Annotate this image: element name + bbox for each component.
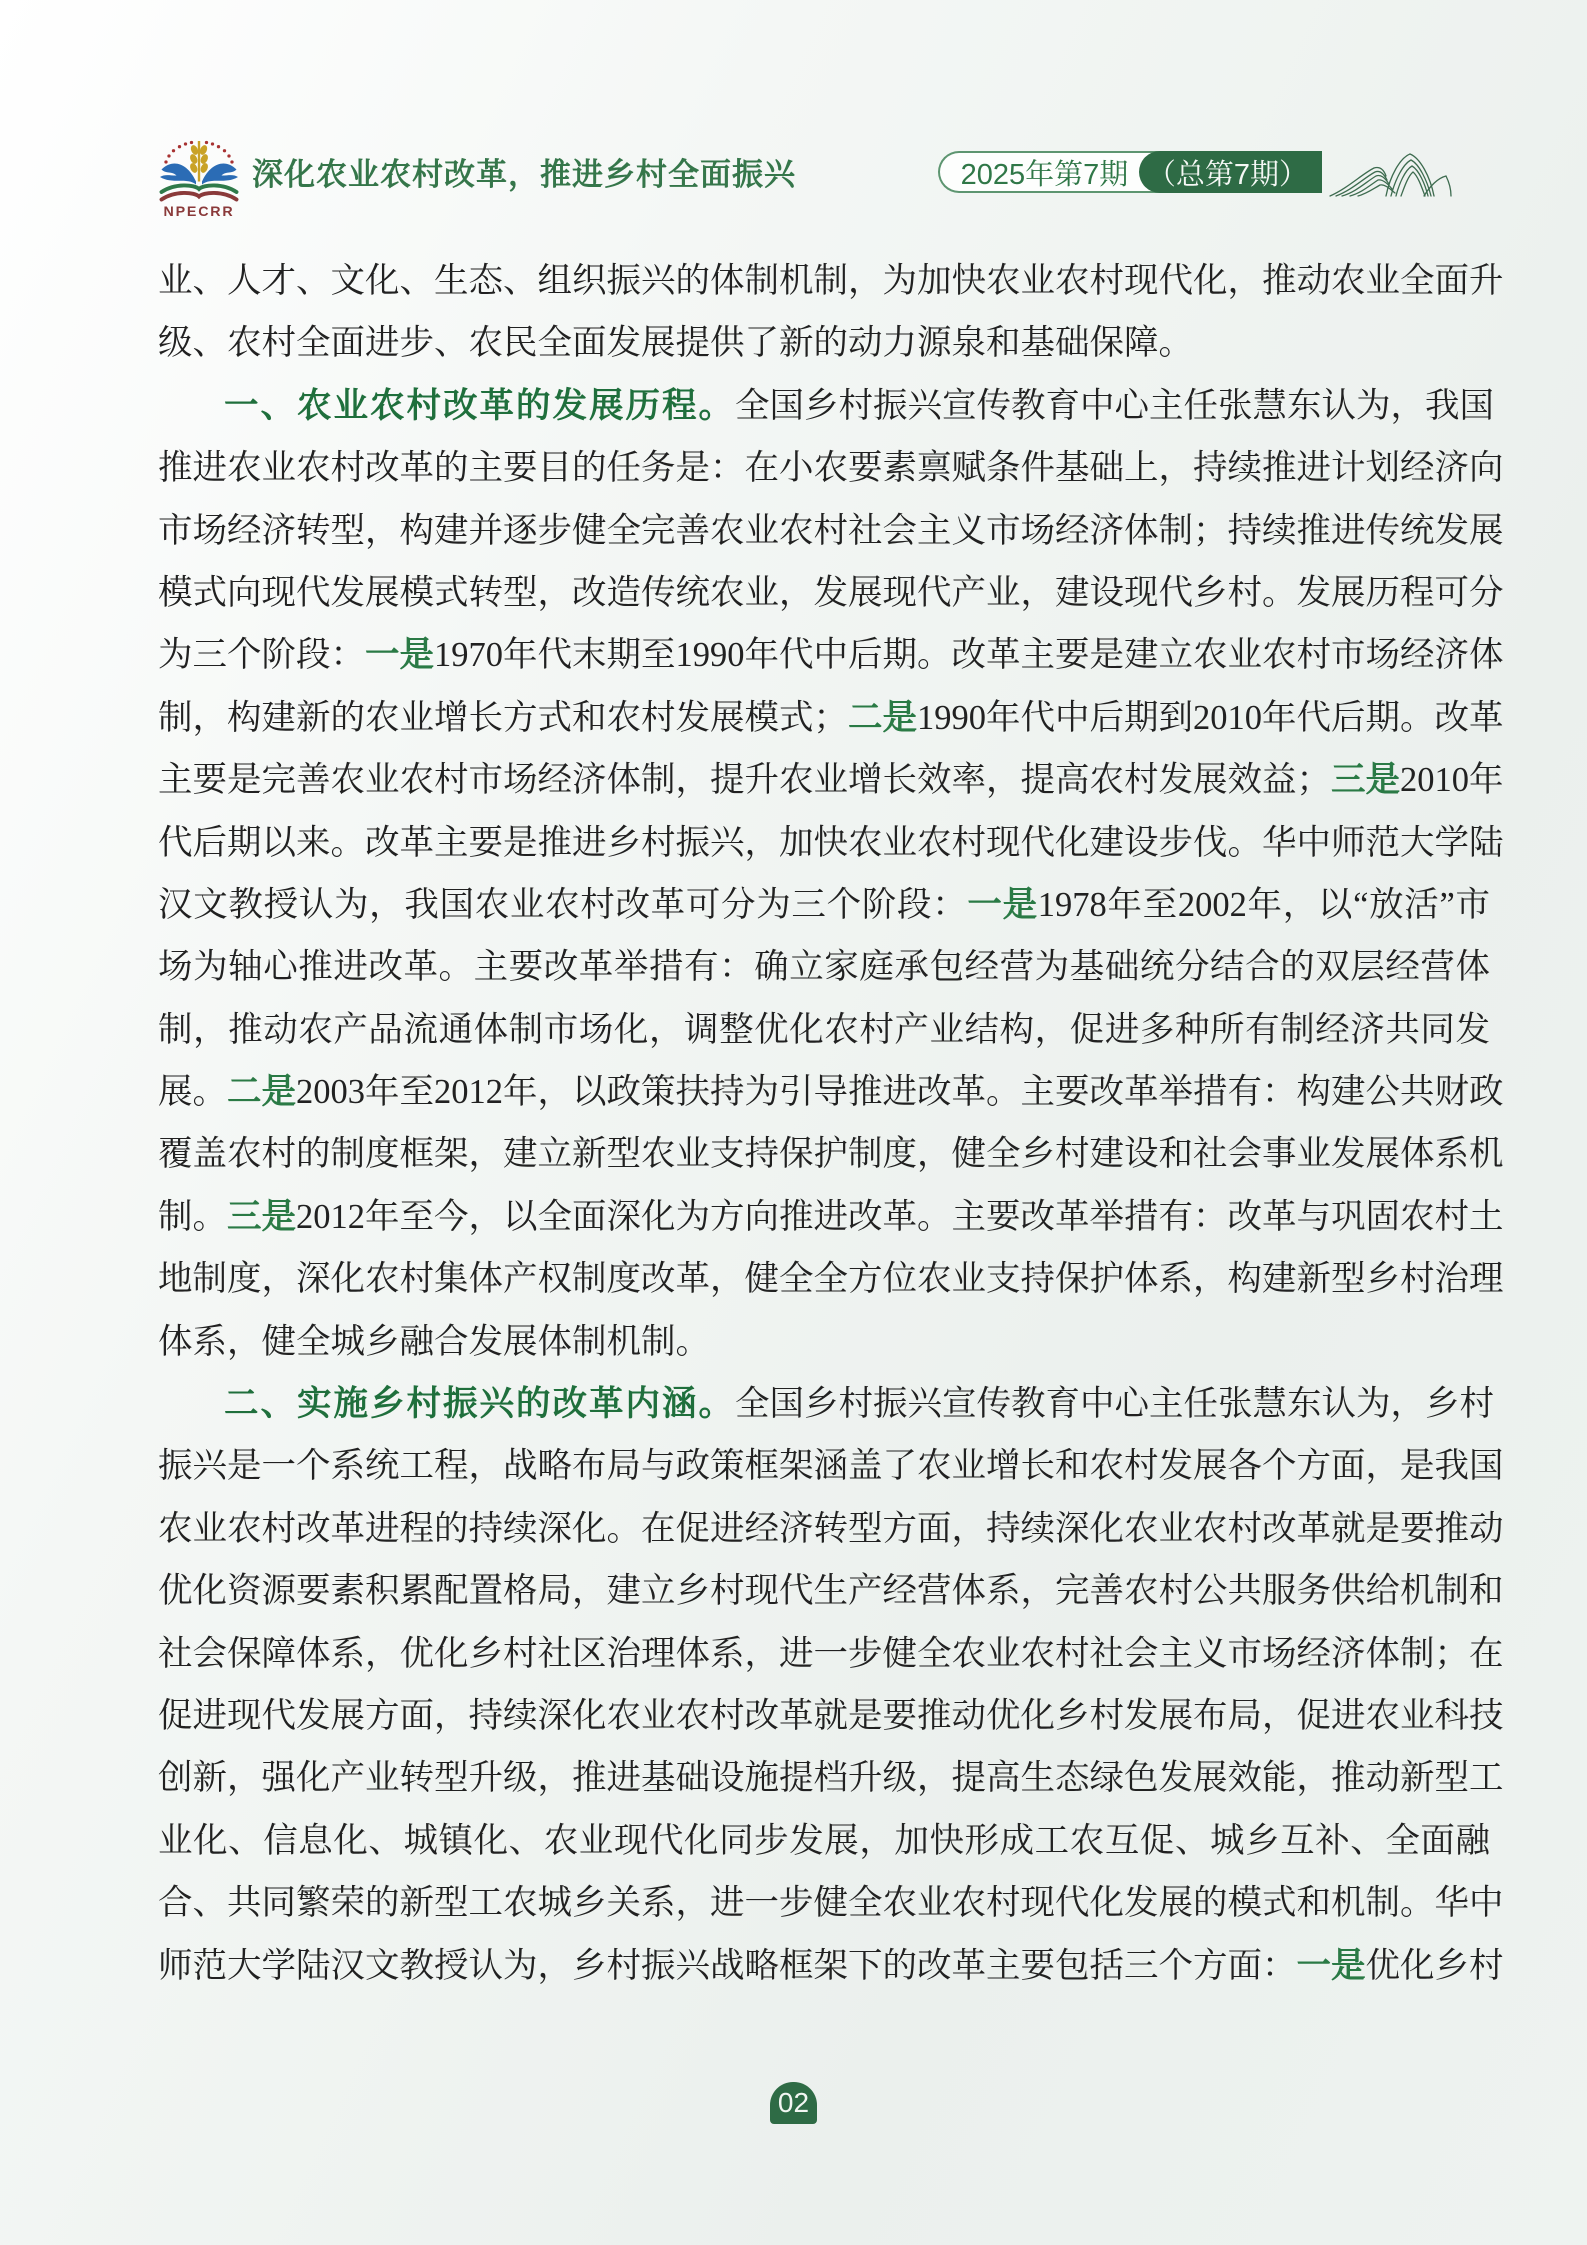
page-header: NPECRR 深化农业农村改革，推进乡村全面振兴 2025年第7期 （总第7期） bbox=[0, 0, 1587, 230]
green-emphasis: 二是 bbox=[227, 1073, 296, 1111]
text-line: 地制度，深化农村集体产权制度改革，健全全方位农业支持保护体系，构建新型乡村治理 bbox=[158, 1248, 1490, 1310]
text-line: 为三个阶段：一是1970年代末期至1990年代中后期。改革主要是建立农业农村市场… bbox=[158, 624, 1490, 686]
text-line: 业化、信息化、城镇化、农业现代化同步发展，加快形成工农互促、城乡互补、全面融 bbox=[158, 1810, 1490, 1872]
green-emphasis: 三是 bbox=[1331, 761, 1400, 799]
body-run: 级、农村全面进步、农民全面发展提供了新的动力源泉和基础保障。 bbox=[158, 324, 1193, 362]
text-line: 体系，健全城乡融合发展体制机制。 bbox=[158, 1311, 1490, 1373]
green-emphasis: 一是 bbox=[365, 636, 434, 674]
body-run: 地制度，深化农村集体产权制度改革，健全全方位农业支持保护体系，构建新型乡村治理 bbox=[158, 1260, 1504, 1298]
body-run: 覆盖农村的制度框架，建立新型农业支持保护制度，健全乡村建设和社会事业发展体系机 bbox=[158, 1135, 1504, 1173]
npecrr-logo-icon: NPECRR bbox=[153, 138, 245, 222]
text-line: 制，推动农产品流通体制市场化，调整优化农村产业结构，促进多种所有制经济共同发 bbox=[158, 999, 1490, 1061]
body-run: 1970年代末期至1990年代中后期。改革主要是建立农业农村市场经济体 bbox=[434, 636, 1504, 674]
text-line: 二、实施乡村振兴的改革内涵。全国乡村振兴宣传教育中心主任张慧东认为，乡村 bbox=[158, 1373, 1490, 1435]
text-line: 汉文教授认为，我国农业农村改革可分为三个阶段：一是1978年至2002年，以“放… bbox=[158, 874, 1490, 936]
text-line: 主要是完善农业农村市场经济体制，提升农业增长效率，提高农村发展效益；三是2010… bbox=[158, 749, 1490, 811]
body-run: 体系，健全城乡融合发展体制机制。 bbox=[158, 1323, 710, 1361]
body-run: 合、共同繁荣的新型工农城乡关系，进一步健全农业农村现代化发展的模式和机制。华中 bbox=[158, 1884, 1504, 1922]
body-run: 2010年 bbox=[1400, 761, 1504, 799]
text-line: 创新，强化产业转型升级，推进基础设施提档升级，提高生态绿色发展效能，推动新型工 bbox=[158, 1747, 1490, 1809]
text-line: 场为轴心推进改革。主要改革举措有：确立家庭承包经营为基础统分结合的双层经营体 bbox=[158, 936, 1490, 998]
issue-year-label: 2025年第7期 bbox=[940, 152, 1139, 193]
text-line: 级、农村全面进步、农民全面发展提供了新的动力源泉和基础保障。 bbox=[158, 312, 1490, 374]
issue-total-badge: （总第7期） bbox=[1139, 151, 1322, 193]
body-run: 展。 bbox=[158, 1073, 227, 1111]
text-line: 合、共同繁荣的新型工农城乡关系，进一步健全农业农村现代化发展的模式和机制。华中 bbox=[158, 1872, 1490, 1934]
text-line: 制。三是2012年至今，以全面深化为方向推进改革。主要改革举措有：改革与巩固农村… bbox=[158, 1186, 1490, 1248]
body-run: 农业农村改革进程的持续深化。在促进经济转型方面，持续深化农业农村改革就是要推动 bbox=[158, 1510, 1504, 1548]
body-run: 2003年至2012年，以政策扶持为引导推进改革。主要改革举措有：构建公共财政 bbox=[296, 1073, 1504, 1111]
body-run: 代后期以来。改革主要是推进乡村振兴，加快农业农村现代化建设步伐。华中师范大学陆 bbox=[158, 824, 1504, 862]
mountain-waves-icon bbox=[1328, 146, 1453, 198]
text-line: 农业农村改革进程的持续深化。在促进经济转型方面，持续深化农业农村改革就是要推动 bbox=[158, 1498, 1490, 1560]
body-run: 全国乡村振兴宣传教育中心主任张慧东认为，我国 bbox=[735, 387, 1494, 425]
body-run: 汉文教授认为，我国农业农村改革可分为三个阶段： bbox=[158, 886, 967, 924]
body-run: 2012年至今，以全面深化为方向推进改革。主要改革举措有：改革与巩固农村土 bbox=[296, 1198, 1504, 1236]
body-run: 优化资源要素积累配置格局，建立乡村现代生产经营体系，完善农村公共服务供给机制和 bbox=[158, 1572, 1504, 1610]
body-run: 市场经济转型，构建并逐步健全完善农业农村社会主义市场经济体制；持续推进传统发展 bbox=[158, 512, 1504, 550]
body-run: 推进农业农村改革的主要目的任务是：在小农要素禀赋条件基础上，持续推进计划经济向 bbox=[158, 449, 1504, 487]
body-run: 促进现代发展方面，持续深化农业农村改革就是要推动优化乡村发展布局，促进农业科技 bbox=[158, 1697, 1504, 1735]
page-root: { "header": { "logo_abbr": "NPECRR", "sl… bbox=[0, 0, 1587, 2245]
page-slogan: 深化农业农村改革，推进乡村全面振兴 bbox=[252, 155, 796, 195]
body-run: 制，推动农产品流通体制市场化，调整优化农村产业结构，促进多种所有制经济共同发 bbox=[158, 1011, 1490, 1049]
body-run: 1978年至2002年，以“放活”市 bbox=[1038, 886, 1490, 924]
body-run: 业化、信息化、城镇化、农业现代化同步发展，加快形成工农互促、城乡互补、全面融 bbox=[158, 1822, 1490, 1860]
section-heading: 一、农业农村改革的发展历程。 bbox=[224, 387, 735, 425]
green-emphasis: 一是 bbox=[967, 886, 1037, 924]
text-line: 覆盖农村的制度框架，建立新型农业支持保护制度，健全乡村建设和社会事业发展体系机 bbox=[158, 1123, 1490, 1185]
body-run: 社会保障体系，优化乡村社区治理体系，进一步健全农业农村社会主义市场经济体制；在 bbox=[158, 1635, 1504, 1673]
text-line: 社会保障体系，优化乡村社区治理体系，进一步健全农业农村社会主义市场经济体制；在 bbox=[158, 1623, 1490, 1685]
page-number-badge: 02 bbox=[770, 2082, 817, 2124]
text-line: 振兴是一个系统工程，战略布局与政策框架涵盖了农业增长和农村发展各个方面，是我国 bbox=[158, 1435, 1490, 1497]
text-line: 市场经济转型，构建并逐步健全完善农业农村社会主义市场经济体制；持续推进传统发展 bbox=[158, 500, 1490, 562]
issue-badge: 2025年第7期 （总第7期） bbox=[938, 151, 1320, 193]
body-text: 业、人才、文化、生态、组织振兴的体制机制，为加快农业农村现代化，推动农业全面升级… bbox=[158, 250, 1490, 1997]
section-heading: 二、实施乡村振兴的改革内涵。 bbox=[224, 1385, 735, 1423]
body-run: 师范大学陆汉文教授认为，乡村振兴战略框架下的改革主要包括三个方面： bbox=[158, 1947, 1297, 1985]
text-line: 促进现代发展方面，持续深化农业农村改革就是要推动优化乡村发展布局，促进农业科技 bbox=[158, 1685, 1490, 1747]
body-run: 全国乡村振兴宣传教育中心主任张慧东认为，乡村 bbox=[735, 1385, 1494, 1423]
green-emphasis: 一是 bbox=[1297, 1947, 1366, 1985]
body-run: 模式向现代发展模式转型，改造传统农业，发展现代产业，建设现代乡村。发展历程可分 bbox=[158, 574, 1504, 612]
body-run: 业、人才、文化、生态、组织振兴的体制机制，为加快农业农村现代化，推动农业全面升 bbox=[158, 262, 1504, 300]
body-run: 主要是完善农业农村市场经济体制，提升农业增长效率，提高农村发展效益； bbox=[158, 761, 1331, 799]
text-line: 代后期以来。改革主要是推进乡村振兴，加快农业农村现代化建设步伐。华中师范大学陆 bbox=[158, 812, 1490, 874]
green-emphasis: 二是 bbox=[848, 699, 917, 737]
body-run: 制。 bbox=[158, 1198, 227, 1236]
body-run: 创新，强化产业转型升级，推进基础设施提档升级，提高生态绿色发展效能，推动新型工 bbox=[158, 1759, 1504, 1797]
text-line: 展。二是2003年至2012年，以政策扶持为引导推进改革。主要改革举措有：构建公… bbox=[158, 1061, 1490, 1123]
body-run: 1990年代中后期到2010年代后期。改革 bbox=[917, 699, 1504, 737]
logo-abbr: NPECRR bbox=[164, 204, 235, 220]
body-run: 振兴是一个系统工程，战略布局与政策框架涵盖了农业增长和农村发展各个方面，是我国 bbox=[158, 1447, 1504, 1485]
body-run: 优化乡村 bbox=[1366, 1947, 1504, 1985]
text-line: 业、人才、文化、生态、组织振兴的体制机制，为加快农业农村现代化，推动农业全面升 bbox=[158, 250, 1490, 312]
body-run: 为三个阶段： bbox=[158, 636, 365, 674]
body-run: 场为轴心推进改革。主要改革举措有：确立家庭承包经营为基础统分结合的双层经营体 bbox=[158, 948, 1490, 986]
text-line: 优化资源要素积累配置格局，建立乡村现代生产经营体系，完善农村公共服务供给机制和 bbox=[158, 1560, 1490, 1622]
text-line: 模式向现代发展模式转型，改造传统农业，发展现代产业，建设现代乡村。发展历程可分 bbox=[158, 562, 1490, 624]
text-line: 制，构建新的农业增长方式和农村发展模式；二是1990年代中后期到2010年代后期… bbox=[158, 687, 1490, 749]
text-line: 一、农业农村改革的发展历程。全国乡村振兴宣传教育中心主任张慧东认为，我国 bbox=[158, 375, 1490, 437]
green-emphasis: 三是 bbox=[227, 1198, 296, 1236]
body-run: 制，构建新的农业增长方式和农村发展模式； bbox=[158, 699, 848, 737]
text-line: 师范大学陆汉文教授认为，乡村振兴战略框架下的改革主要包括三个方面：一是优化乡村 bbox=[158, 1935, 1490, 1997]
book-icon bbox=[162, 185, 237, 199]
text-line: 推进农业农村改革的主要目的任务是：在小农要素禀赋条件基础上，持续推进计划经济向 bbox=[158, 437, 1490, 499]
